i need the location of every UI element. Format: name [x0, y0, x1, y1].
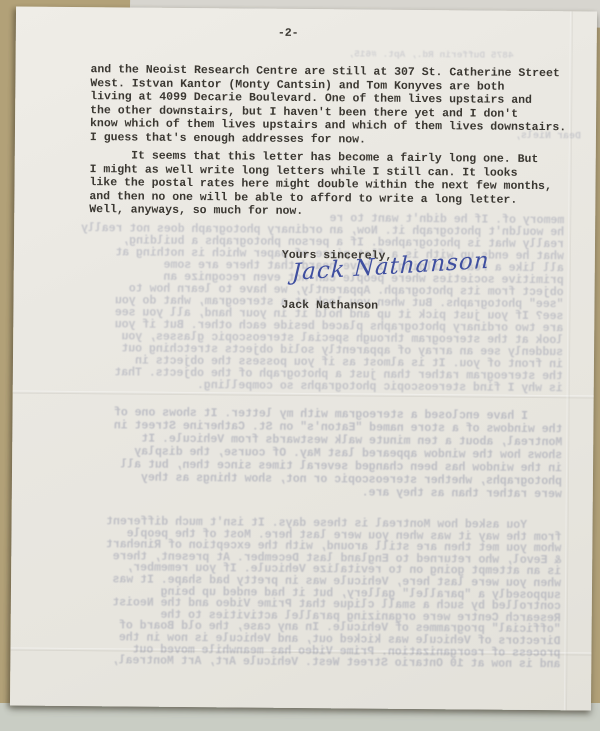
typed-signature-name: Jack Nathanson [281, 299, 378, 313]
letter-page: 4875 Dufferin Rd., Apt. #615, Dear Niels… [10, 6, 597, 710]
page-number: -2- [278, 27, 299, 41]
paragraph-closing-remarks: It seems that this letter has become a f… [89, 149, 552, 221]
paragraph-addresses: and the Neoist Research Centre are still… [90, 63, 567, 148]
letter-photo: 4875 Dufferin Rd., Apt. #615, Dear Niels… [0, 0, 600, 731]
bleedthrough-return-address: 4875 Dufferin Rd., Apt. #615, [338, 48, 514, 61]
bleedthrough-paragraph-stereogram: I have enclosed a stereogram with my let… [46, 406, 563, 501]
bleedthrough-paragraph-montreal: You asked how Montreal is these days. It… [44, 516, 561, 671]
